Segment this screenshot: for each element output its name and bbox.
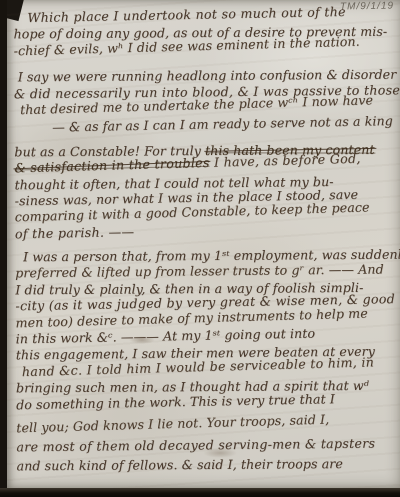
manuscript-text: Which place I undertook not so much out … (13, 8, 400, 475)
line-segment: tell you; God knows I lie not. Your troo… (16, 412, 329, 436)
manuscript-line: and such kind of fellows. & said I, thei… (17, 455, 400, 474)
manuscript-line: tell you; God knows I lie not. Your troo… (16, 410, 400, 437)
line-segment: — & as far as I can I am ready to serve … (52, 113, 393, 135)
line-segment: and such kind of fellows. & said I, thei… (17, 456, 344, 473)
manuscript-photo: TM/9/1/19 Which place I undertook not so… (0, 0, 400, 497)
line-segment: Which place I undertook not so much out … (27, 4, 346, 25)
line-segment: of the parish. —— (15, 224, 135, 241)
line-segment: preferred & lifted up from lesser trusts… (15, 262, 384, 281)
line-segment: I say we were running headlong into conf… (18, 67, 397, 85)
manuscript-line: are most of them old decayed serving-men… (16, 436, 400, 456)
page-bottom-edge (0, 488, 400, 497)
line-segment: are most of them old decayed serving-men… (16, 436, 375, 455)
line-segment: I have, as before God, (209, 151, 360, 170)
manuscript-page: TM/9/1/19 Which place I undertook not so… (7, 0, 400, 488)
manuscript-line: Which place I undertook not so much out … (13, 3, 398, 27)
